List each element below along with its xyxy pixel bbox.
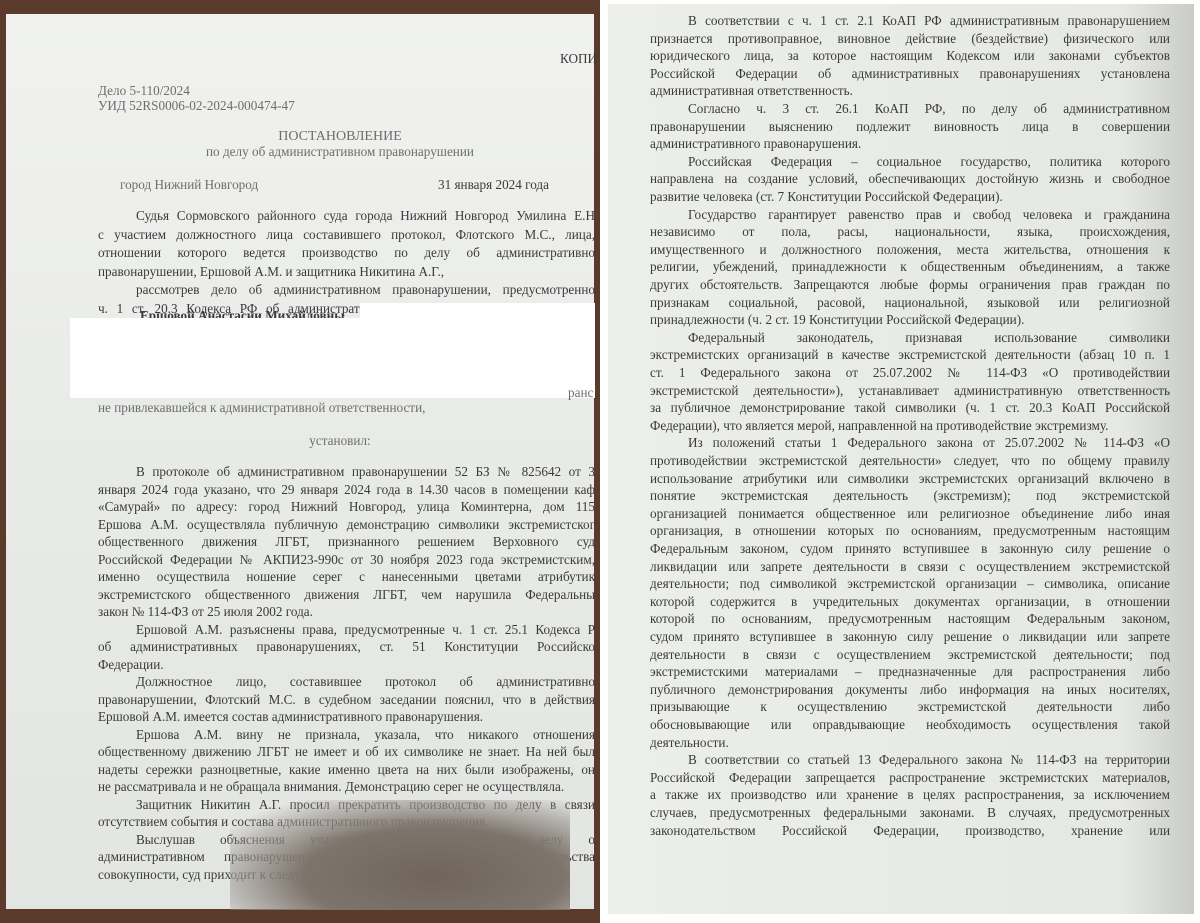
text-line: В протоколе об административном правонар… [136, 463, 595, 481]
not-prosecuted-line: не привлекавшейся к административной отв… [98, 399, 425, 417]
text-line: других обстоятельств. Запрещаются любые … [650, 276, 1170, 294]
text-line: Федерации), что является мерой, направле… [650, 417, 1170, 435]
text-line: деятельности. [650, 734, 1170, 752]
text-line: об административных правонарушениях, ст.… [98, 638, 595, 656]
text-line: понятие экстремистская деятельность (экс… [650, 487, 1170, 505]
text-line: юридического лица, за которое настоящим … [650, 47, 1170, 65]
text-line: экстремистских организаций в качестве эк… [650, 346, 1170, 364]
text-line: Государство гарантирует равенство прав и… [688, 206, 1170, 224]
text-line: экстремистскими материалами – предназнач… [650, 663, 1170, 681]
text-line: общественному движению ЛГБТ не имеет и о… [98, 743, 595, 761]
text-line: независимо от пола, расы, национальности… [650, 223, 1170, 241]
text-line: правонарушении, Ершовой А.М. и защитника… [98, 263, 595, 281]
text-line: деятельности; под символикой экстремистс… [650, 575, 1170, 593]
text-line: с участием должностного лица составившег… [98, 226, 595, 244]
text-line: Ершова А.М. вину не признала, указала, ч… [136, 726, 595, 744]
text-line: Российской Федерации № АКПИ23-990с от 30… [98, 551, 595, 569]
text-line: Российской Федерации запрещается распрос… [650, 769, 1170, 787]
text-line: судом принято вступившее в законную силу… [650, 628, 1170, 646]
text-line: Федерации. [98, 656, 595, 674]
text-line: которой по основаниям, предусмотренным н… [650, 610, 1170, 628]
text-line: правонарушении выяснению подлежит виновн… [650, 118, 1170, 136]
text-line: религии, убеждений, принадлежности к общ… [650, 258, 1170, 276]
text-line: Ершовой А.М. разъяснены права, предусмот… [136, 621, 595, 639]
text-line: признакам социальной, расовой, националь… [650, 294, 1170, 312]
text-line: Российской Федерации об административных… [650, 65, 1170, 83]
text-line: отношении которого ведется производство … [98, 244, 595, 262]
redacted-block-top [360, 303, 595, 323]
text-line: ст. 1 Федерального закона от 25.07.2002 … [650, 364, 1170, 382]
redacted-tail: ранс [568, 384, 593, 402]
text-line: развитие человека (ст. 7 Конституции Рос… [650, 188, 1170, 206]
text-line: Федеральный законодатель, признавая испо… [688, 329, 1170, 347]
text-line: Ершова А.М. осуществляла публичную демон… [98, 516, 595, 534]
text-line: обосновывающие или оправдывающие необход… [650, 716, 1170, 734]
city: город Нижний Новгород [120, 176, 258, 194]
text-line: общественного движения ЛГБТ, признанного… [98, 533, 595, 551]
text-line: административная ответственность. [650, 82, 1170, 100]
text-line: признается противоправное, виновное дейс… [650, 30, 1170, 48]
text-line: экстремистского общественного движения Л… [98, 586, 595, 604]
text-line: призывающие к осуществлению экстремистск… [650, 698, 1170, 716]
text-line: законодательством Российской Федерации, … [650, 822, 1170, 840]
case-uid: УИД 52RS0006-02-2024-000474-47 [98, 97, 295, 115]
text-line: Ершовой А.М. имеется состав администрати… [98, 708, 595, 726]
text-line: «Самурай» по адресу: город Нижний Новгор… [98, 498, 595, 516]
text-line: экстремистской деятельности»), устанавли… [650, 382, 1170, 400]
text-line: правонарушении, Флотский М.С. в судебном… [98, 691, 595, 709]
text-line: Согласно ч. 3 ст. 26.1 КоАП РФ, по делу … [688, 100, 1170, 118]
document-date: 31 января 2024 года [438, 176, 549, 194]
text-line: именно осуществила ношение серег с нанес… [98, 568, 595, 586]
text-line: которой содержится в учредительных докум… [650, 593, 1170, 611]
text-line: Из положений статьи 1 Федерального закон… [688, 434, 1170, 452]
text-line: административного правонарушения. [650, 135, 1170, 153]
text-line: надеты сережки разноцветные, какие именн… [98, 761, 595, 779]
finger-shadow [230, 800, 570, 910]
text-line: В соответствии с ч. 1 ст. 2.1 КоАП РФ ад… [688, 12, 1170, 30]
text-line: использование атрибутики или символики э… [650, 470, 1170, 488]
text-line: Судья Сормовского районного суда города … [136, 207, 595, 225]
text-line: ликвидации или запрете деятельности в св… [650, 558, 1170, 576]
text-line: января 2024 года указано, что 29 января … [98, 481, 595, 499]
text-line: деятельности в связи с осуществлением эк… [650, 646, 1170, 664]
text-line: направлена на создание условий, обеспечи… [650, 170, 1170, 188]
text-line: организация, в отношении которых по осно… [650, 522, 1170, 540]
text-line: принадлежности (ч. 2 ст. 19 Конституции … [650, 311, 1170, 329]
text-line: Российская Федерация – социальное госуда… [688, 153, 1170, 171]
document-subtitle: по делу об административном правонарушен… [100, 143, 580, 161]
text-line: а также их производство или хранение в ц… [650, 786, 1170, 804]
text-line: имущественного и должностного положения,… [650, 241, 1170, 259]
text-line: публичного демонстрирования документы ли… [650, 681, 1170, 699]
text-line: случаев, предусмотренных федеральными за… [650, 804, 1170, 822]
copy-mark: КОПИ [560, 50, 597, 68]
text-line: рассмотрев дело об административном прав… [136, 281, 595, 299]
text-line: организацией понимается общественное или… [650, 505, 1170, 523]
text-line: не рассматривала и не обращала внимания.… [98, 778, 595, 796]
text-line: закон № 114-ФЗ от 25 июля 2002 года. [98, 603, 595, 621]
text-line: Федеральным законом, судом принято вступ… [650, 540, 1170, 558]
text-line: В соответствии со статьей 13 Федеральног… [688, 751, 1170, 769]
established-heading: установил: [100, 432, 580, 450]
redacted-block [70, 318, 595, 398]
text-line: противодействии экстремистской деятельно… [650, 452, 1170, 470]
text-line: Должностное лицо, составившее протокол о… [136, 673, 595, 691]
text-line: за публичное демонстрирование такой симв… [650, 399, 1170, 417]
